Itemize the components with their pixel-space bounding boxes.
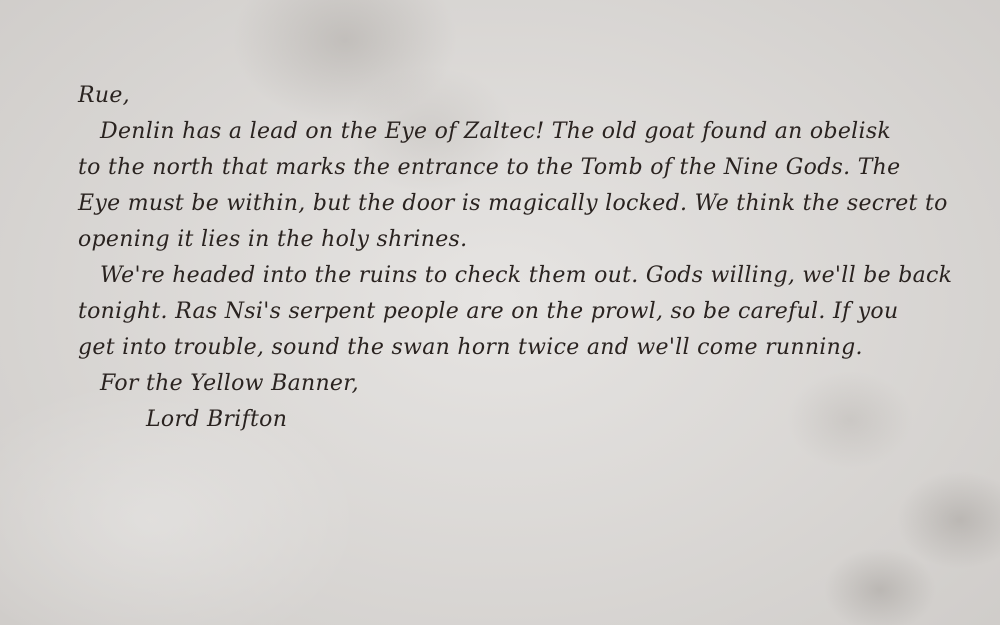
letter-line: to the north that marks the entrance to … [78,150,978,186]
letter-line: We're headed into the ruins to check the… [78,258,978,294]
letter-line: Denlin has a lead on the Eye of Zaltec! … [78,114,978,150]
letter-line: get into trouble, sound the swan horn tw… [78,330,978,366]
salutation: Rue, [78,78,978,114]
closing: For the Yellow Banner, [78,366,978,402]
letter-line: tonight. Ras Nsi's serpent people are on… [78,294,978,330]
handwritten-letter: Rue, Denlin has a lead on the Eye of Zal… [78,78,978,438]
letter-line: Eye must be within, but the door is magi… [78,186,978,222]
signature: Lord Brifton [78,402,978,438]
letter-line: opening it lies in the holy shrines. [78,222,978,258]
